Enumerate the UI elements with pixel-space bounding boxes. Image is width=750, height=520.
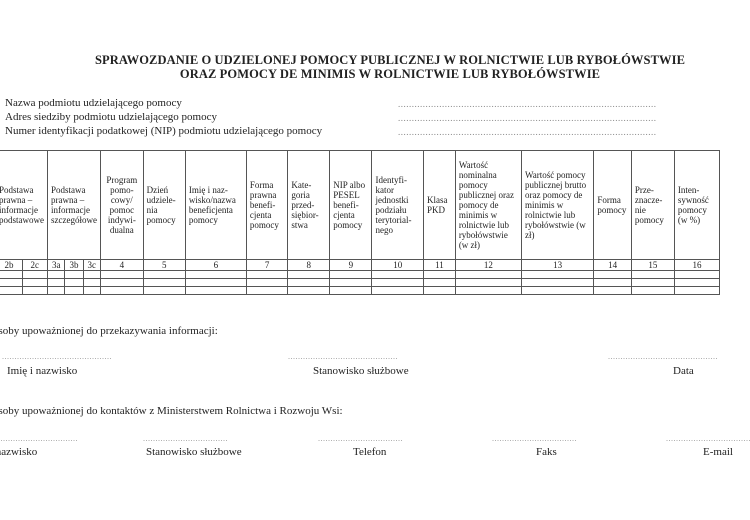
col-number: 6 xyxy=(185,260,246,271)
signature-line-name[interactable]: ........................................… xyxy=(2,352,122,361)
col-number: 4 xyxy=(100,260,143,271)
col-header-aid-form: Forma pomocy xyxy=(594,151,632,260)
signature-label-position: Stanowisko służbowe xyxy=(313,365,409,377)
col-header-beneficiary-name: Imię i naz-wisko/nazwa beneficjenta pomo… xyxy=(185,151,246,260)
col-number: 7 xyxy=(246,260,287,271)
section-contact-person-heading: Dane osoby upoważnionej do kontaktów z M… xyxy=(0,405,343,417)
table-row[interactable] xyxy=(0,279,720,287)
col-number: 8 xyxy=(288,260,330,271)
col-header-legal-form: Forma prawna benefi-cjenta pomocy xyxy=(246,151,287,260)
col-number: 9 xyxy=(330,260,372,271)
field-input-name[interactable]: ........................................… xyxy=(398,99,698,109)
col-number: 2c xyxy=(22,260,47,271)
contact-label-position: Stanowisko służbowe xyxy=(146,446,242,458)
contact-label-email: E-mail xyxy=(703,446,733,458)
col-number: 2b xyxy=(0,260,22,271)
col-header-program: Program pomo-cowy/ pomoc indywi-dualna xyxy=(100,151,143,260)
report-title-line1: SPRAWOZDANIE O UDZIELONEJ POMOCY PUBLICZ… xyxy=(15,53,750,68)
col-number: 3a xyxy=(48,260,65,271)
contact-label-name: Imię i nazwisko xyxy=(0,446,37,458)
col-header-nip-pesel: NIP albo PESEL benefi-cjenta pomocy xyxy=(330,151,372,260)
col-number: 11 xyxy=(424,260,456,271)
section-authorized-person-heading: Dane osoby upoważnionej do przekazywania… xyxy=(0,325,218,337)
col-header-aid-purpose: Prze-znacze-nie pomocy xyxy=(631,151,674,260)
contact-line-email[interactable]: .................................. xyxy=(666,434,750,443)
signature-label-date: Data xyxy=(673,365,694,377)
contact-label-phone: Telefon xyxy=(353,446,386,458)
col-number: 5 xyxy=(143,260,185,271)
field-label-name: Nazwa podmiotu udzielającego pomocy xyxy=(5,97,182,109)
col-number: 12 xyxy=(455,260,521,271)
col-number: 3b xyxy=(65,260,83,271)
col-number: 14 xyxy=(594,260,632,271)
contact-line-position[interactable]: .................................. xyxy=(143,434,253,443)
col-number: 15 xyxy=(631,260,674,271)
field-input-address[interactable]: ........................................… xyxy=(398,113,698,123)
report-title-line2: ORAZ POMOCY DE MINIMIS W ROLNICTWIE LUB … xyxy=(15,67,750,82)
table-number-row: 2a 2b 2c 3a 3b 3c 4 5 6 7 8 9 10 11 12 1… xyxy=(0,260,720,271)
aid-report-table: Podstawa prawna – informacje podstawowe … xyxy=(0,150,720,295)
signature-line-date[interactable]: ........................................… xyxy=(608,352,750,361)
col-header-territorial-id: Identyfi-kator jednostki podziału teryto… xyxy=(372,151,424,260)
contact-line-fax[interactable]: .................................. xyxy=(492,434,602,443)
table-row[interactable] xyxy=(0,271,720,279)
table-header-row: Podstawa prawna – informacje podstawowe … xyxy=(0,151,720,260)
contact-line-phone[interactable]: .................................. xyxy=(318,434,428,443)
col-header-intensity: Inten-sywność pomocy (w %) xyxy=(674,151,719,260)
field-label-nip: Numer identyfikacji podatkowej (NIP) pod… xyxy=(5,125,322,137)
col-header-gross-value: Wartość pomocy publicznej brutto oraz po… xyxy=(521,151,593,260)
col-number: 3c xyxy=(83,260,100,271)
field-input-nip[interactable]: ........................................… xyxy=(398,127,698,137)
field-label-address: Adres siedziby podmiotu udzielającego po… xyxy=(5,111,217,123)
col-header-legal-detailed: Podstawa prawna – informacje szczegółowe xyxy=(48,151,101,260)
col-header-date: Dzień udziele-nia pomocy xyxy=(143,151,185,260)
col-number: 13 xyxy=(521,260,593,271)
signature-label-name: Imię i nazwisko xyxy=(7,365,77,377)
col-header-pkd: Klasa PKD xyxy=(424,151,456,260)
contact-label-fax: Faks xyxy=(536,446,557,458)
col-number: 16 xyxy=(674,260,719,271)
signature-line-position[interactable]: ........................................… xyxy=(288,352,443,361)
contact-line-name[interactable]: .................................. xyxy=(0,434,78,443)
table-row[interactable] xyxy=(0,287,720,295)
col-number: 10 xyxy=(372,260,424,271)
col-header-legal-basic: Podstawa prawna – informacje podstawowe xyxy=(0,151,48,260)
col-header-category: Kate-goria przed-siębior-stwa xyxy=(288,151,330,260)
col-header-nominal-value: Wartość nominalna pomocy publicznej oraz… xyxy=(455,151,521,260)
